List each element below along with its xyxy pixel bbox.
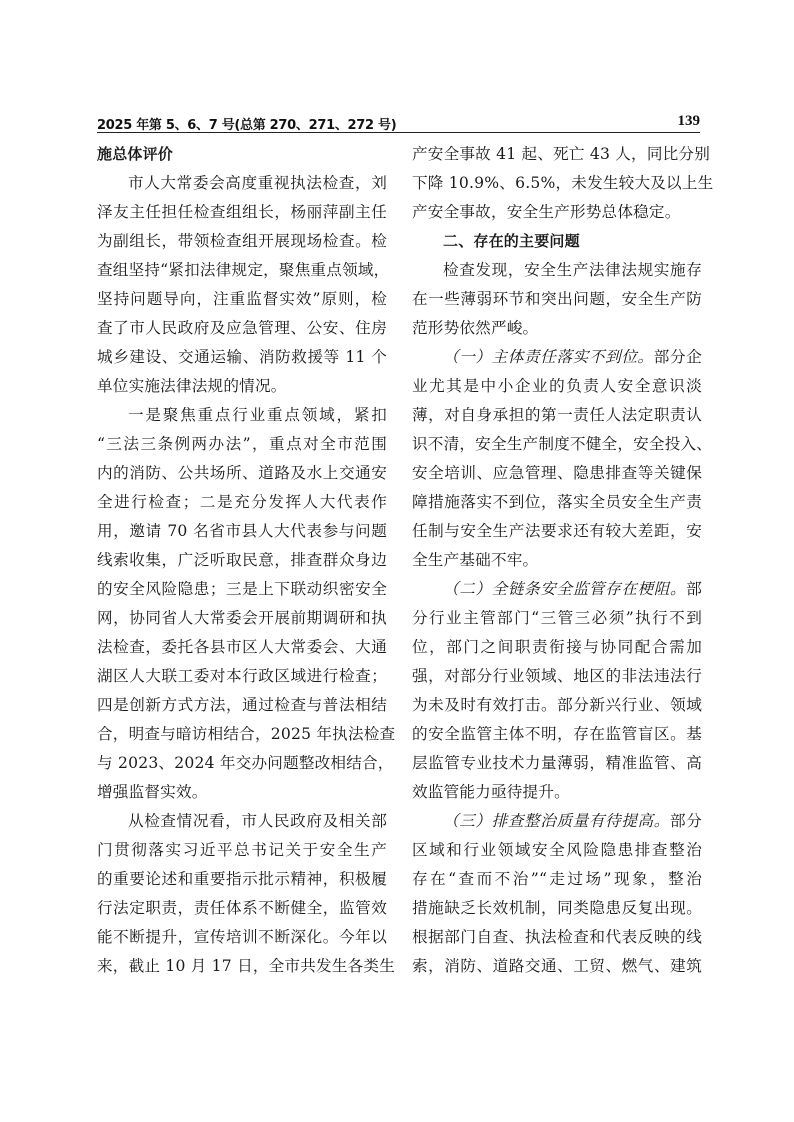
text-line: 存在“查而不治”“走过场”现象，整治 — [412, 865, 702, 894]
text-line: “三法三条例两办法”，重点对全市范围 — [97, 430, 387, 459]
text-line: 的重要论述和重要指示批示精神，积极履 — [97, 865, 387, 894]
text-line: 强，对部分行业领域、地区的非法违法行 — [412, 662, 702, 691]
paragraph-first-line: 检查发现，安全生产法律法规实施存 — [412, 256, 702, 285]
text-line: 来，截止 10 月 17 日，全市共发生各类生 — [97, 952, 387, 981]
text-line: 索，消防、道路交通、工贸、燃气、建筑 — [412, 952, 702, 981]
subsection-title: （三）排查整治质量有待提高。 — [443, 812, 670, 830]
text-line: 门贯彻落实习近平总书记关于安全生产 — [97, 836, 387, 865]
text-run: 部分 — [670, 812, 702, 830]
text-line: 分行业主管部门“三管三必须”执行不到 — [412, 604, 702, 633]
text-line: 层监管专业技术力量薄弱，精准监管、高 — [412, 749, 702, 778]
text-line: 用，邀请 70 名省市县人大代表参与问题 — [97, 517, 387, 546]
text-line: 湖区人大联工委对本行政区域进行检查； — [97, 662, 387, 691]
paragraph-first-line: 从检查情况看，市人民政府及相关部 — [97, 807, 387, 836]
text-line: 内的消防、公共场所、道路及水上交通安 — [97, 459, 387, 488]
section-title-continued: 施总体评价 — [97, 140, 387, 169]
text-line: 区域和行业领域安全风险隐患排查整治 — [412, 836, 702, 865]
text-line: 网，协同省人大常委会开展前期调研和执 — [97, 604, 387, 633]
paragraph-first-line: 市人大常委会高度重视执法检查，刘 — [97, 169, 387, 198]
text-line: 的安全风险隐患；三是上下联动织密安全 — [97, 575, 387, 604]
text-line: 法检查，委托各县市区人大常委会、大通 — [97, 633, 387, 662]
issue-info: 2025 年第 5、6、7 号(总第 270、271、272 号) — [97, 114, 396, 133]
text-line: 业尤其是中小企业的负责人安全意识淡 — [412, 372, 702, 401]
text-line: 为副组长，带领检查组开展现场检查。检 — [97, 227, 387, 256]
text-line: 四是创新方式方法，通过检查与普法相结 — [97, 691, 387, 720]
subsection-heading-line: （二）全链条安全监管存在梗阻。部 — [412, 575, 702, 604]
text-line: 薄，对自身承担的第一责任人法定职责认 — [412, 401, 702, 430]
text-line: 合，明查与暗访相结合，2025 年执法检查 — [97, 720, 387, 749]
right-column: 产安全事故 41 起、死亡 43 人，同比分别下降 10.9%、6.5%，未发生… — [412, 140, 702, 981]
text-line: 障措施落实不到位，落实全员安全生产责 — [412, 488, 702, 517]
subsection-heading-line: （一）主体责任落实不到位。部分企 — [412, 343, 702, 372]
text-line: 城乡建设、交通运输、消防救援等 11 个 — [97, 343, 387, 372]
paragraph-last-line: 增强监督实效。 — [97, 778, 387, 807]
text-line: 查组坚持“紧扣法律规定，聚焦重点领域， — [97, 256, 387, 285]
subsection-title: （二）全链条安全监管存在梗阻。 — [443, 580, 686, 598]
paragraph-last-line: 单位实施法律法规的情况。 — [97, 372, 387, 401]
paragraph-last-line: 全生产基础不牢。 — [412, 546, 702, 575]
text-line: 措施缺乏长效机制，同类隐患反复出现。 — [412, 894, 702, 923]
text-line: 识不清，安全生产制度不健全，安全投入、 — [412, 430, 702, 459]
text-line: 查了市人民政府及应急管理、公安、住房 — [97, 314, 387, 343]
text-line: 下降 10.9%、6.5%，未发生较大及以上生 — [412, 169, 702, 198]
text-line: 泽友主任担任检查组组长，杨丽萍副主任 — [97, 198, 387, 227]
text-line: 坚持问题导向，注重监督实效”原则，检 — [97, 285, 387, 314]
text-line: 为未及时有效打击。部分新兴行业、领域 — [412, 691, 702, 720]
text-line: 任制与安全生产法要求还有较大差距，安 — [412, 517, 702, 546]
text-line: 安全培训、应急管理、隐患排查等关键保 — [412, 459, 702, 488]
paragraph-last-line: 产安全事故，安全生产形势总体稳定。 — [412, 198, 702, 227]
text-line: 行法定职责，责任体系不断健全，监管效 — [97, 894, 387, 923]
running-header: 2025 年第 5、6、7 号(总第 270、271、272 号) 139 — [97, 112, 700, 133]
page-number: 139 — [678, 113, 701, 130]
text-run: 部分企 — [654, 348, 702, 366]
subsection-title: （一）主体责任落实不到位。 — [443, 348, 654, 366]
text-line: 线索收集，广泛听取民意，排查群众身边 — [97, 546, 387, 575]
text-line: 位，部门之间职责衔接与协同配合需加 — [412, 633, 702, 662]
section-heading: 二、存在的主要问题 — [412, 227, 702, 256]
text-line: 能不断提升，宣传培训不断深化。今年以 — [97, 923, 387, 952]
text-line: 全进行检查；二是充分发挥人大代表作 — [97, 488, 387, 517]
subsection-heading-line: （三）排查整治质量有待提高。部分 — [412, 807, 702, 836]
left-column: 施总体评价市人大常委会高度重视执法检查，刘泽友主任担任检查组组长，杨丽萍副主任为… — [97, 140, 387, 981]
paragraph-last-line: 范形势依然严峻。 — [412, 314, 702, 343]
text-line: 在一些薄弱环节和突出问题，安全生产防 — [412, 285, 702, 314]
text-line: 的安全监管主体不明，存在监管盲区。基 — [412, 720, 702, 749]
paragraph-last-line: 效监管能力亟待提升。 — [412, 778, 702, 807]
paragraph-first-line: 一是聚焦重点行业重点领域，紧扣 — [97, 401, 387, 430]
text-line: 产安全事故 41 起、死亡 43 人，同比分别 — [412, 140, 702, 169]
text-line: 与 2023、2024 年交办问题整改相结合， — [97, 749, 387, 778]
text-run: 部 — [686, 580, 702, 598]
text-line: 根据部门自查、执法检查和代表反映的线 — [412, 923, 702, 952]
